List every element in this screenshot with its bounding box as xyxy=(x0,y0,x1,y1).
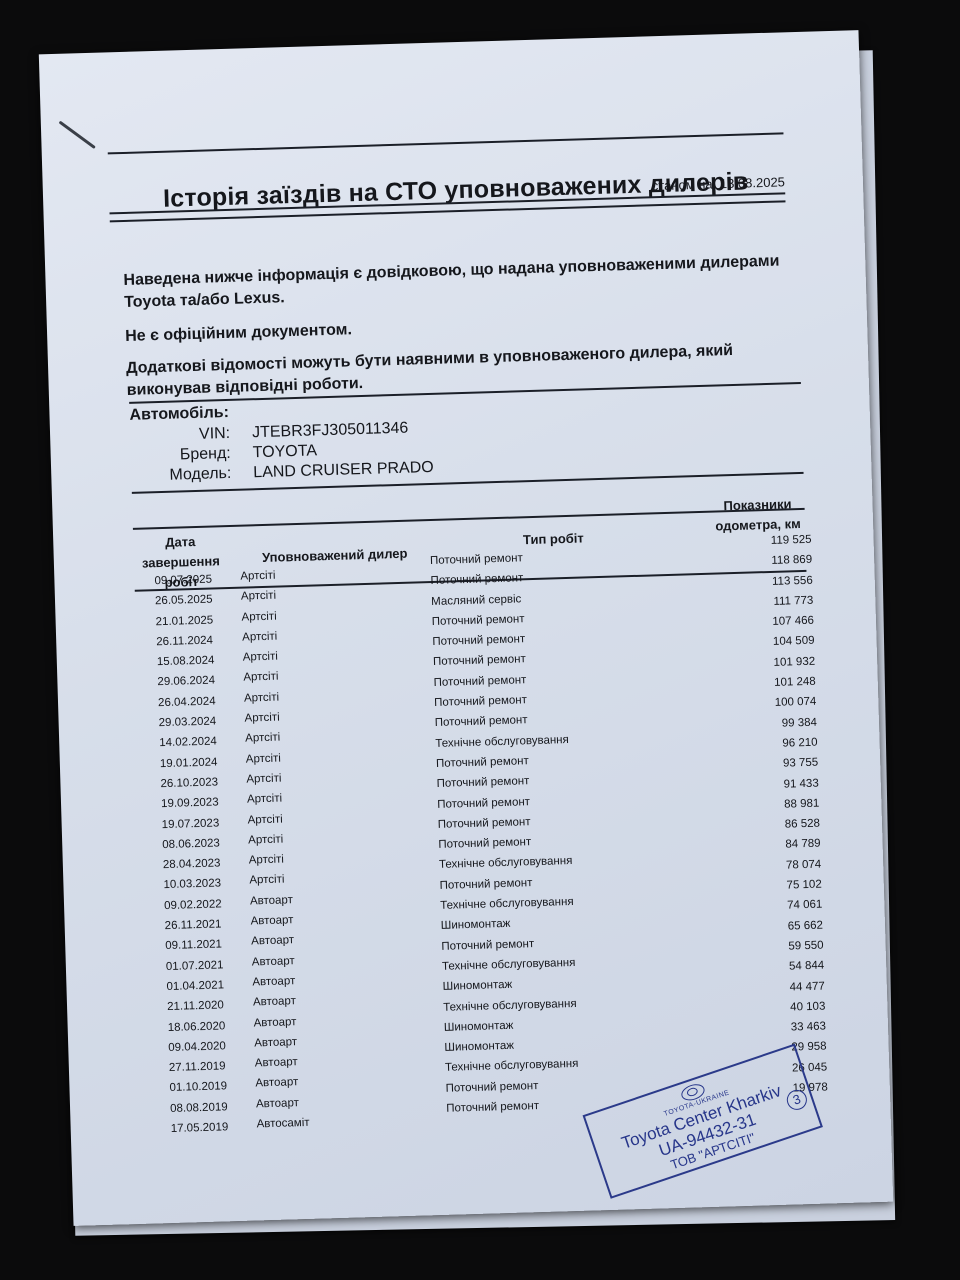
cell-odometer: 101 248 xyxy=(736,676,816,690)
notice-reference: Наведена нижче інформація є довідковою, … xyxy=(123,250,804,314)
cell-odometer: 113 556 xyxy=(733,574,813,588)
cell-dealer: Артсіті xyxy=(248,833,283,846)
cell-dealer: Артсіті xyxy=(243,671,278,684)
cell-date: 28.04.2023 xyxy=(163,858,221,872)
cell-dealer: Автоарт xyxy=(255,1077,298,1090)
cell-date: 26.05.2025 xyxy=(155,594,213,608)
header-type: Тип робіт xyxy=(493,528,614,552)
as-of-date: станом на: 13.08.2025 xyxy=(652,174,786,193)
cell-type: Поточний ремонт xyxy=(434,694,527,709)
cell-dealer: Артсіті xyxy=(243,651,278,664)
vin-label: VIN: xyxy=(130,425,230,446)
cell-type: Поточний ремонт xyxy=(439,877,532,892)
cell-date: 26.11.2024 xyxy=(156,634,213,648)
cell-type: Технічне обслуговування xyxy=(442,957,576,973)
cell-type: Поточний ремонт xyxy=(436,775,529,790)
cell-dealer: Артсіті xyxy=(247,813,282,826)
cell-odometer: 44 477 xyxy=(745,980,825,994)
cell-type: Поточний ремонт xyxy=(438,816,531,831)
cell-dealer: Артсіті xyxy=(240,570,275,583)
cell-odometer: 78 074 xyxy=(741,858,821,872)
cell-dealer: Автоарт xyxy=(251,935,294,948)
cell-type: Технічне обслуговування xyxy=(445,1058,579,1074)
cell-date: 26.11.2021 xyxy=(165,918,222,932)
cell-dealer: Артсіті xyxy=(249,854,284,867)
cell-odometer: 107 466 xyxy=(734,615,814,629)
cell-dealer: Артсіті xyxy=(241,610,276,623)
cell-dealer: Автоарт xyxy=(256,1097,299,1110)
cell-date: 26.04.2024 xyxy=(158,695,216,709)
cell-dealer: Артсіті xyxy=(241,590,276,603)
brand-label: Бренд: xyxy=(131,445,231,466)
model-value: LAND CRUISER PRADO xyxy=(253,459,434,481)
cell-date: 08.06.2023 xyxy=(162,837,220,851)
cell-type: Поточний ремонт xyxy=(437,796,530,811)
cell-date: 17.05.2019 xyxy=(171,1121,229,1135)
cell-date: 21.01.2025 xyxy=(156,614,214,628)
cell-type: Шиномонтаж xyxy=(444,1020,514,1034)
cell-odometer: 86 528 xyxy=(740,818,820,832)
cell-odometer: 93 755 xyxy=(738,757,818,771)
cell-odometer: 91 433 xyxy=(739,777,819,791)
cell-dealer: Автоарт xyxy=(250,894,293,907)
cell-odometer: 84 789 xyxy=(740,838,820,852)
cell-date: 09.11.2021 xyxy=(165,939,222,953)
cell-date: 09.07.2025 xyxy=(154,574,212,588)
cell-date: 01.07.2021 xyxy=(166,959,224,973)
cell-date: 09.04.2020 xyxy=(168,1040,226,1054)
cell-date: 08.08.2019 xyxy=(170,1101,228,1115)
cell-type: Поточний ремонт xyxy=(432,613,525,628)
cell-odometer: 101 932 xyxy=(735,655,815,669)
divider xyxy=(108,132,784,154)
cell-dealer: Автоарт xyxy=(252,975,295,988)
car-heading: Автомобіль: xyxy=(129,404,229,425)
cell-type: Технічне обслуговування xyxy=(440,896,574,912)
cell-odometer: 119 525 xyxy=(731,534,811,548)
cell-type: Поточний ремонт xyxy=(430,552,523,567)
table-header-top-rule xyxy=(133,508,805,530)
cell-date: 19.07.2023 xyxy=(162,817,220,831)
cell-date: 19.01.2024 xyxy=(160,756,218,770)
cell-odometer: 33 463 xyxy=(746,1021,826,1035)
cell-date: 09.02.2022 xyxy=(164,898,222,912)
cell-date: 21.11.2020 xyxy=(167,1000,224,1014)
cell-odometer: 111 773 xyxy=(733,595,813,609)
cell-date: 27.11.2019 xyxy=(169,1060,226,1074)
cell-dealer: Автоарт xyxy=(250,914,293,927)
cell-dealer: Автоарт xyxy=(255,1056,298,1069)
cell-odometer: 59 550 xyxy=(743,939,823,953)
cell-date: 10.03.2023 xyxy=(163,878,221,892)
cell-date: 19.09.2023 xyxy=(161,797,219,811)
cell-date: 29.06.2024 xyxy=(157,675,215,689)
vin-value: JTEBR3FJ305011346 xyxy=(252,420,409,442)
cell-odometer: 65 662 xyxy=(743,919,823,933)
cell-type: Технічне обслуговування xyxy=(443,997,577,1013)
cell-odometer: 54 844 xyxy=(744,960,824,974)
cell-dealer: Автосаміт xyxy=(256,1117,309,1131)
cell-date: 14.02.2024 xyxy=(159,736,217,750)
cell-date: 01.04.2021 xyxy=(166,979,224,993)
cell-type: Поточний ремонт xyxy=(438,836,531,851)
cell-date: 18.06.2020 xyxy=(168,1020,226,1034)
cell-dealer: Артсіті xyxy=(246,773,281,786)
cell-date: 29.03.2024 xyxy=(159,716,217,730)
cell-type: Шиномонтаж xyxy=(444,1040,514,1054)
cell-type: Поточний ремонт xyxy=(433,654,526,669)
brand-value: TOYOTA xyxy=(252,442,317,461)
staple-icon xyxy=(59,121,96,149)
cell-odometer: 75 102 xyxy=(742,879,822,893)
cell-odometer: 40 103 xyxy=(745,1000,825,1014)
cell-odometer: 100 074 xyxy=(736,696,816,710)
cell-odometer: 104 509 xyxy=(734,635,814,649)
cell-type: Поточний ремонт xyxy=(435,715,528,730)
cell-odometer: 74 061 xyxy=(742,899,822,913)
cell-odometer: 96 210 xyxy=(737,737,817,751)
cell-type: Шиномонтаж xyxy=(442,979,512,993)
cell-dealer: Артсіті xyxy=(249,874,284,887)
model-label: Модель: xyxy=(131,465,231,486)
cell-dealer: Артсіті xyxy=(247,793,282,806)
cell-date: 15.08.2024 xyxy=(157,655,215,669)
cell-type: Поточний ремонт xyxy=(433,674,526,689)
cell-type: Поточний ремонт xyxy=(430,573,523,588)
cell-dealer: Артсіті xyxy=(242,630,277,643)
cell-type: Масляний сервіс xyxy=(431,593,521,608)
cell-dealer: Автоарт xyxy=(252,955,295,968)
cell-date: 26.10.2023 xyxy=(160,776,218,790)
cell-type: Поточний ремонт xyxy=(441,938,534,953)
header-odometer: Показники одометра, км xyxy=(712,494,803,537)
cell-dealer: Автоарт xyxy=(253,1016,296,1029)
cell-dealer: Артсіті xyxy=(245,732,280,745)
cell-date: 01.10.2019 xyxy=(169,1081,227,1095)
cell-type: Поточний ремонт xyxy=(432,633,525,648)
cell-dealer: Артсіті xyxy=(244,712,279,725)
document-page: Історія заїздів на СТО уповноважених дил… xyxy=(39,30,893,1226)
service-history-table: 09.07.2025АртсітіПоточний ремонт119 5252… xyxy=(144,551,841,1139)
cell-type: Технічне обслуговування xyxy=(435,734,569,750)
cell-odometer: 88 981 xyxy=(739,797,819,811)
cell-type: Поточний ремонт xyxy=(436,755,529,770)
cell-dealer: Автоарт xyxy=(253,995,296,1008)
cell-dealer: Артсіті xyxy=(246,752,281,765)
cell-type: Поточний ремонт xyxy=(445,1080,538,1095)
cell-odometer: 118 869 xyxy=(732,554,812,568)
cell-type: Технічне обслуговування xyxy=(439,855,573,871)
cell-dealer: Артсіті xyxy=(244,691,279,704)
cell-odometer: 99 384 xyxy=(737,716,817,730)
cell-dealer: Автоарт xyxy=(254,1036,297,1049)
cell-type: Поточний ремонт xyxy=(446,1100,539,1115)
cell-type: Шиномонтаж xyxy=(441,918,511,932)
